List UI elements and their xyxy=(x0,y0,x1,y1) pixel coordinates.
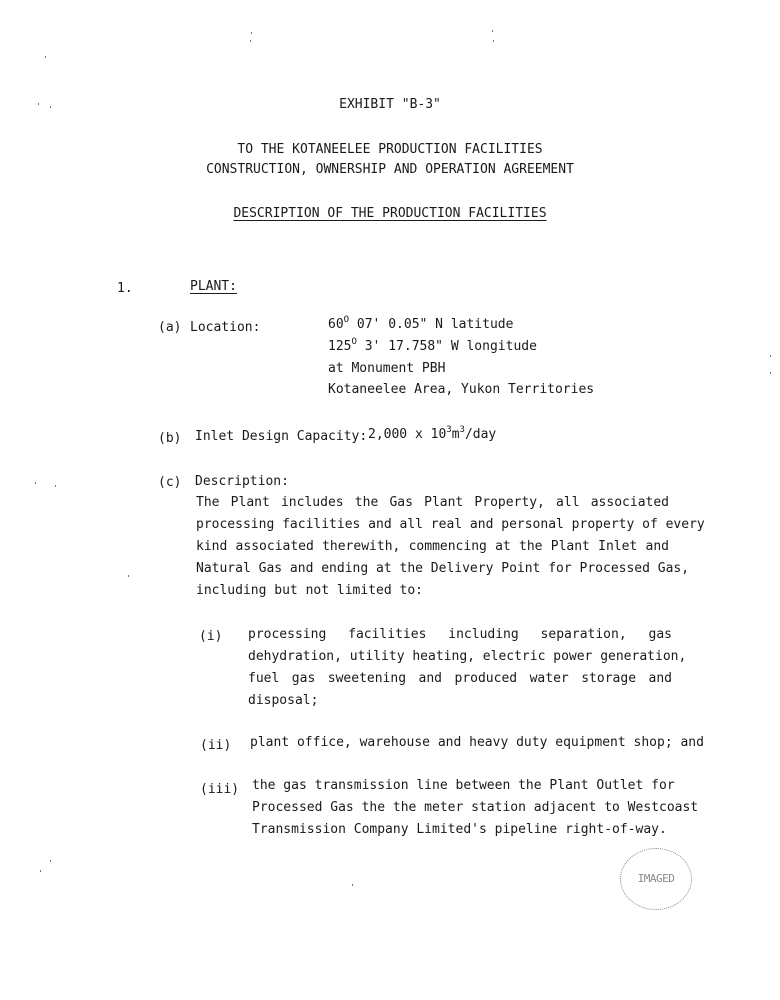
scan-speck xyxy=(250,40,251,42)
subtitle-line-1: TO THE KOTANEELEE PRODUCTION FACILITIES xyxy=(0,142,780,157)
subitem-i-label: (i) xyxy=(199,629,222,644)
scan-speck xyxy=(493,40,494,42)
subitem-ii-label: (ii) xyxy=(200,738,231,753)
item-a-label: (a) xyxy=(158,320,181,335)
scan-speck xyxy=(770,355,771,357)
scan-speck xyxy=(128,575,129,577)
scan-speck xyxy=(55,485,56,487)
section-heading: PLANT: xyxy=(190,279,237,294)
imaged-stamp: IMAGED xyxy=(620,848,692,910)
item-b-title: Inlet Design Capacity: xyxy=(195,429,367,444)
subtitle-line-2: CONSTRUCTION, OWNERSHIP AND OPERATION AG… xyxy=(0,162,780,177)
item-c-title: Description: xyxy=(195,474,289,489)
exhibit-title: EXHIBIT "B-3" xyxy=(0,97,780,112)
location-line-3: at Monument PBH xyxy=(328,361,445,376)
scan-speck xyxy=(251,32,252,34)
scan-speck xyxy=(492,30,493,32)
paragraph-line: processing facilities and all real and p… xyxy=(196,517,669,532)
scan-speck xyxy=(35,482,36,484)
item-b-label: (b) xyxy=(158,431,181,446)
longitude: 125O 3' 17.758" W longitude xyxy=(328,339,537,354)
scan-speck xyxy=(40,870,41,872)
paragraph-line: Natural Gas and ending at the Delivery P… xyxy=(196,561,669,576)
scan-speck xyxy=(50,860,51,862)
paragraph-line: The Plant includes the Gas Plant Propert… xyxy=(196,495,669,510)
item-a-title: Location: xyxy=(190,320,260,335)
item-c-label: (c) xyxy=(158,475,181,490)
paragraph-line: including but not limited to: xyxy=(196,583,423,598)
paragraph-line: kind associated therewith, commencing at… xyxy=(196,539,669,554)
latitude: 60O 07' 0.05" N latitude xyxy=(328,317,513,332)
scan-speck xyxy=(770,372,771,374)
section-title: DESCRIPTION OF THE PRODUCTION FACILITIES xyxy=(0,206,780,221)
scan-speck xyxy=(352,884,353,886)
section-number: 1. xyxy=(117,281,133,296)
scan-speck xyxy=(45,56,46,58)
subitem-ii-text: plant office, warehouse and heavy duty e… xyxy=(250,735,673,750)
inlet-capacity-value: 2,000 x 103m3/day xyxy=(368,427,496,442)
subitem-iii-label: (iii) xyxy=(200,782,239,797)
location-line-4: Kotaneelee Area, Yukon Territories xyxy=(328,382,594,397)
